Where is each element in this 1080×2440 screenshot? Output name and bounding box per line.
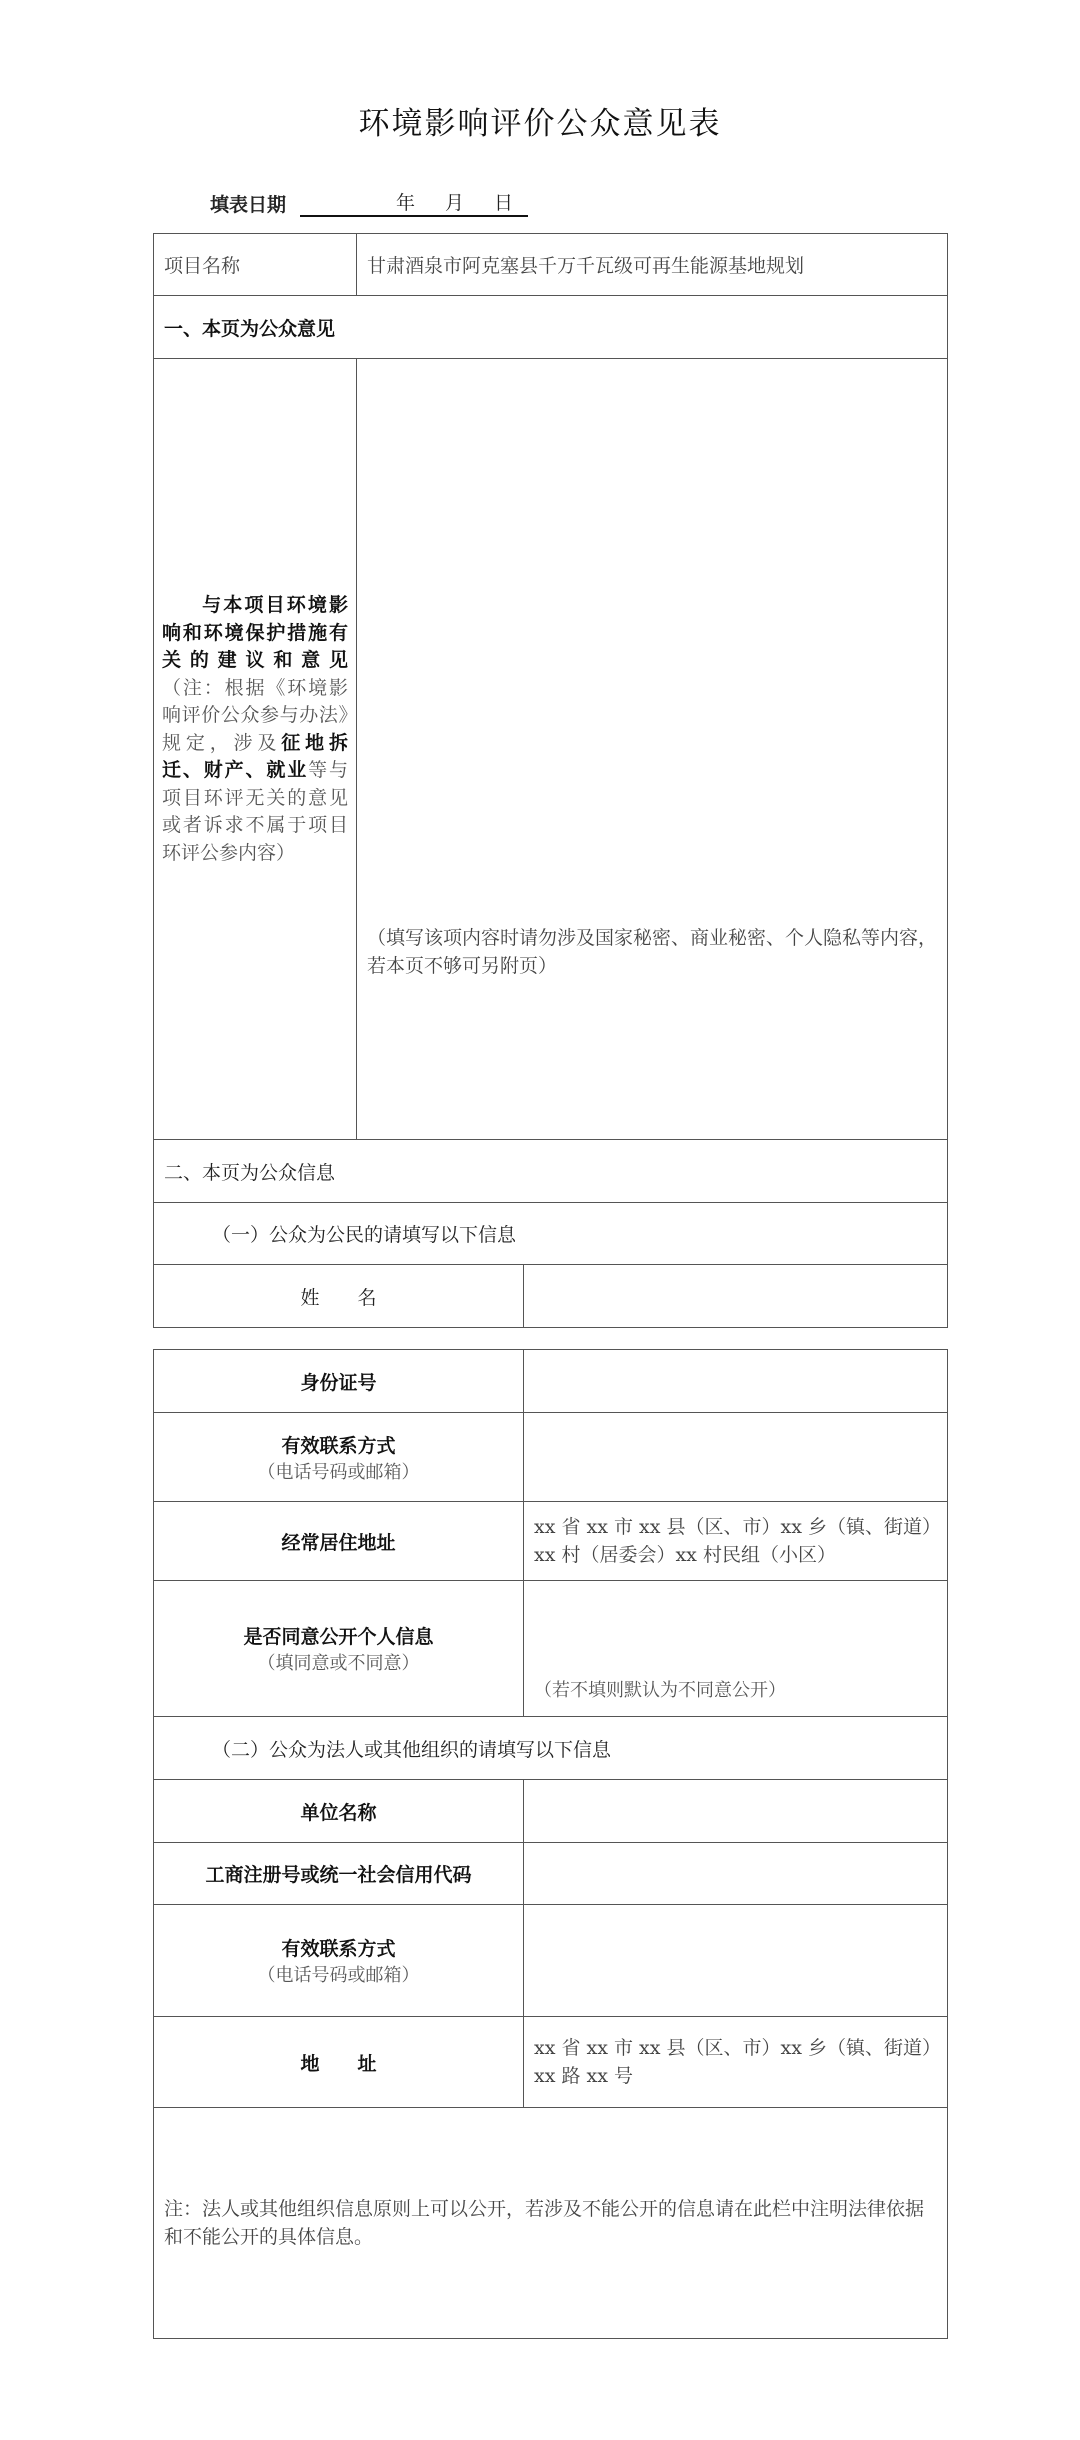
unit-name-input[interactable]: [524, 1780, 948, 1843]
consent-sub: （填同意或不同意）: [164, 1649, 513, 1675]
section2-heading: 二、本页为公众信息: [154, 1140, 948, 1203]
form-title: 环境影响评价公众意见表: [0, 98, 1080, 143]
id-number-label: 身份证号: [154, 1350, 524, 1413]
org-contact-label-cell: 有效联系方式 （电话号码或邮箱）: [154, 1905, 524, 2017]
project-name-label: 项目名称: [154, 234, 357, 296]
org-address-label: 地 址: [154, 2017, 524, 2108]
fill-date-row: 填表日期 年 月 日: [210, 188, 528, 217]
citizen-contact-sub: （电话号码或邮箱）: [164, 1458, 513, 1484]
section1-heading: 一、本页为公众意见: [154, 296, 948, 359]
org-disclosure-note[interactable]: 注：法人或其他组织信息原则上可以公开，若涉及不能公开的信息请在此栏中注明法律依据…: [154, 2108, 948, 2339]
citizen-contact-label: 有效联系方式: [164, 1431, 513, 1458]
registration-code-input[interactable]: [524, 1843, 948, 1905]
org-heading: （二）公众为法人或其他组织的请填写以下信息: [154, 1717, 948, 1780]
day-label: 日: [494, 188, 513, 215]
consent-label: 是否同意公开个人信息: [164, 1622, 513, 1649]
year-label: 年: [396, 188, 415, 215]
opinion-input-area[interactable]: （填写该项内容时请勿涉及国家秘密、商业秘密、个人隐私等内容，若本页不够可另附页）: [357, 359, 948, 1140]
opinion-label-bold: 与本项目环境影响和环境保护措施有关的建议和意见: [162, 594, 348, 671]
citizen-contact-label-cell: 有效联系方式 （电话号码或邮箱）: [154, 1413, 524, 1502]
project-name-value: 甘肃酒泉市阿克塞县千万千瓦级可再生能源基地规划: [357, 234, 948, 296]
consent-input[interactable]: （若不填则默认为不同意公开）: [524, 1581, 948, 1717]
fill-date-field[interactable]: 年 月 日: [300, 188, 528, 217]
org-contact-sub: （电话号码或邮箱）: [164, 1961, 513, 1987]
consent-label-cell: 是否同意公开个人信息 （填同意或不同意）: [154, 1581, 524, 1717]
opinion-label: 与本项目环境影响和环境保护措施有关的建议和意见（注：根据《环境影响评价公众参与办…: [154, 359, 357, 1140]
info-table: 身份证号 有效联系方式 （电话号码或邮箱） 经常居住地址 xx 省 xx 市 x…: [153, 1349, 948, 2339]
citizen-contact-input[interactable]: [524, 1413, 948, 1502]
org-contact-label: 有效联系方式: [164, 1934, 513, 1961]
org-address-input[interactable]: xx 省 xx 市 xx 县（区、市）xx 乡（镇、街道）xx 路 xx 号: [524, 2017, 948, 2108]
consent-hint: （若不填则默认为不同意公开）: [534, 1680, 786, 1701]
id-number-input[interactable]: [524, 1350, 948, 1413]
name-input[interactable]: [524, 1265, 948, 1328]
opinion-hint: （填写该项内容时请勿涉及国家秘密、商业秘密、个人隐私等内容，若本页不够可另附页）: [367, 924, 937, 980]
residence-address-label: 经常居住地址: [154, 1502, 524, 1581]
opinion-table: 项目名称 甘肃酒泉市阿克塞县千万千瓦级可再生能源基地规划 一、本页为公众意见 与…: [153, 233, 948, 1328]
name-label: 姓 名: [154, 1265, 524, 1328]
month-label: 月: [445, 188, 464, 215]
residence-address-input[interactable]: xx 省 xx 市 xx 县（区、市）xx 乡（镇、街道）xx 村（居委会）xx…: [524, 1502, 948, 1581]
unit-name-label: 单位名称: [154, 1780, 524, 1843]
org-contact-input[interactable]: [524, 1905, 948, 2017]
citizen-heading: （一）公众为公民的请填写以下信息: [154, 1203, 948, 1265]
fill-date-label: 填表日期: [210, 190, 286, 217]
registration-code-label: 工商注册号或统一社会信用代码: [154, 1843, 524, 1905]
